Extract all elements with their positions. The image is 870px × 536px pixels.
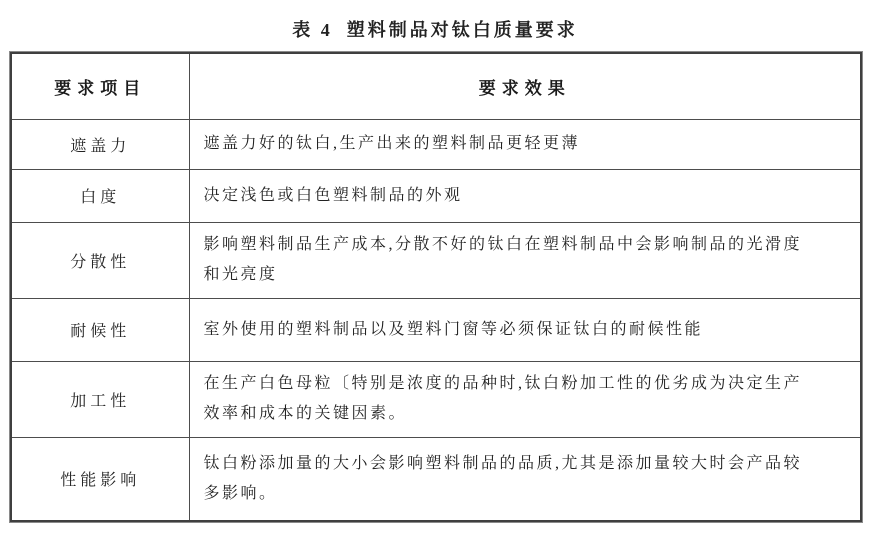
row-effect-weather-resistance: 室外使用的塑料制品以及塑料门窗等必须保证钛白的耐候性能 (189, 298, 861, 361)
table-row: 分散性 影响塑料制品生产成本,分散不好的钛白在塑料制品中会影响制品的光滑度 和光… (11, 222, 861, 298)
row-effect-dispersibility: 影响塑料制品生产成本,分散不好的钛白在塑料制品中会影响制品的光滑度 和光亮度 (189, 222, 861, 298)
document-page: 表 4塑料制品对钛白质量要求 要求项目 要求效果 遮盖力 遮盖力好的钛白,生产出… (0, 0, 870, 536)
table-number: 表 4 (292, 20, 333, 40)
row-effect-hiding-power: 遮盖力好的钛白,生产出来的塑料制品更轻更薄 (189, 119, 861, 169)
quality-requirements-table: 要求项目 要求效果 遮盖力 遮盖力好的钛白,生产出来的塑料制品更轻更薄 白度 决… (10, 52, 862, 522)
table-row: 性能影响 钛白粉添加量的大小会影响塑料制品的品质,尤其是添加量较大时会产品较 多… (11, 437, 861, 521)
header-requirement-effect: 要求效果 (189, 53, 861, 119)
table-title: 塑料制品对钛白质量要求 (347, 20, 578, 40)
row-item-hiding-power: 遮盖力 (11, 119, 189, 169)
row-item-weather-resistance: 耐候性 (11, 298, 189, 361)
table-row: 加工性 在生产白色母粒〔特别是浓度的品种时,钛白粉加工性的优劣成为决定生产 效率… (11, 361, 861, 437)
table-row: 白度 决定浅色或白色塑料制品的外观 (11, 169, 861, 222)
row-effect-performance-impact: 钛白粉添加量的大小会影响塑料制品的品质,尤其是添加量较大时会产品较 多影响。 (189, 437, 861, 521)
table-header-row: 要求项目 要求效果 (11, 53, 861, 119)
row-item-dispersibility: 分散性 (11, 222, 189, 298)
table-caption: 表 4塑料制品对钛白质量要求 (0, 16, 870, 42)
row-item-whiteness: 白度 (11, 169, 189, 222)
row-item-performance-impact: 性能影响 (11, 437, 189, 521)
row-effect-processability: 在生产白色母粒〔特别是浓度的品种时,钛白粉加工性的优劣成为决定生产 效率和成本的… (189, 361, 861, 437)
table-row: 耐候性 室外使用的塑料制品以及塑料门窗等必须保证钛白的耐候性能 (11, 298, 861, 361)
row-effect-whiteness: 决定浅色或白色塑料制品的外观 (189, 169, 861, 222)
row-item-processability: 加工性 (11, 361, 189, 437)
header-requirement-item: 要求项目 (11, 53, 189, 119)
table-row: 遮盖力 遮盖力好的钛白,生产出来的塑料制品更轻更薄 (11, 119, 861, 169)
